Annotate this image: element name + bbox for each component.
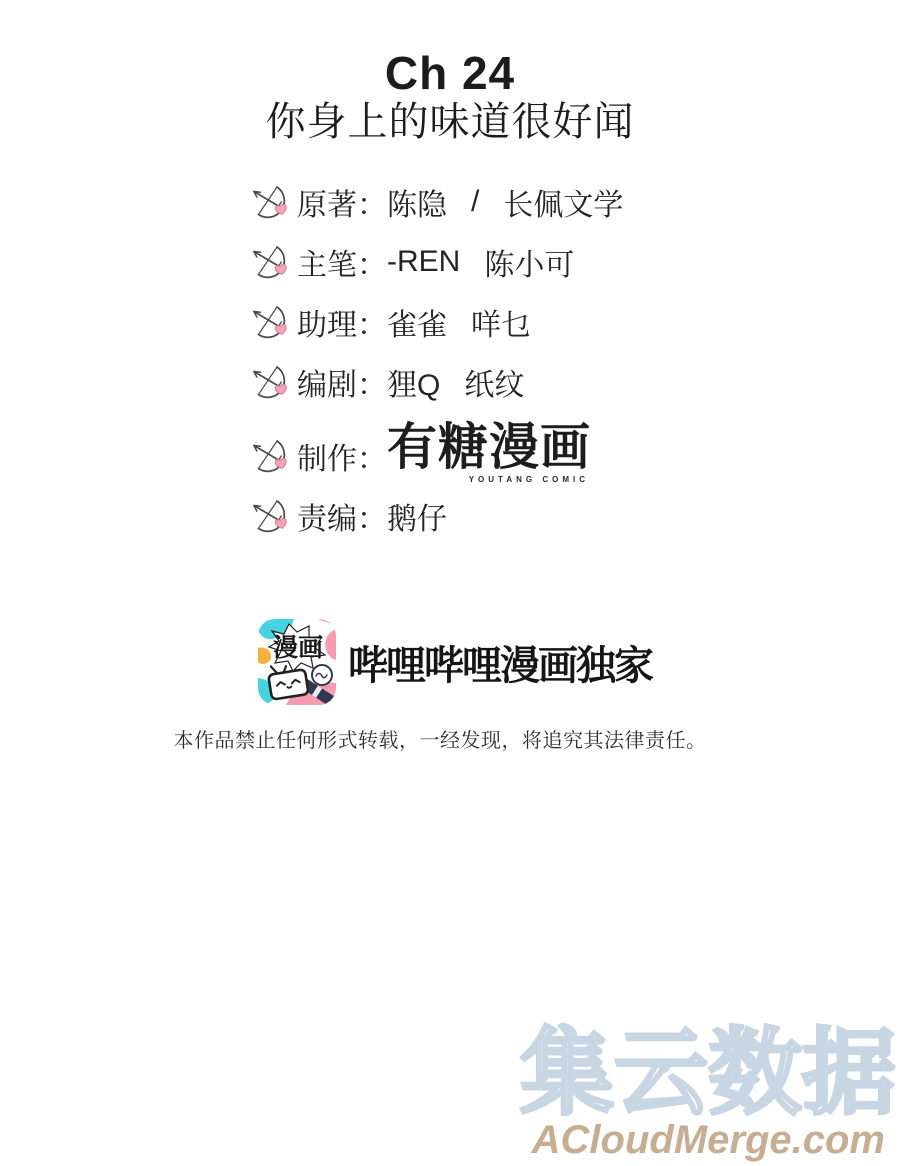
- comic-credits-page: Ch 24 你身上的味道很好闻 原著： 陈隐 / 长佩文学 主笔： -REN 陈…: [0, 0, 900, 1166]
- watermark-brand-url: ACloudMerge.com: [532, 1120, 885, 1160]
- watermark-brand-cn: 集云数据: [520, 1026, 896, 1120]
- youtang-logo-subtext: YOUTANG COMIC: [469, 475, 589, 484]
- publisher-block: 漫画 哔哩哔哩漫画独家: [258, 619, 652, 705]
- credit-separator: /: [471, 185, 479, 219]
- youtang-comic-logo: 有糖漫画 YOUTANG COMIC: [387, 422, 591, 484]
- bow-arrow-heart-icon: [250, 364, 290, 400]
- credit-label: 编剧：: [297, 360, 387, 404]
- app-badge-text: 漫画: [273, 634, 323, 662]
- chapter-number: Ch 24: [0, 48, 900, 100]
- credit-value: 陈隐: [387, 180, 447, 224]
- title-block: Ch 24 你身上的味道很好闻: [0, 48, 900, 143]
- credit-row-original-author: 原著： 陈隐 / 长佩文学: [250, 183, 623, 221]
- bilibili-manga-app-icon: 漫画: [258, 619, 336, 705]
- bow-arrow-heart-icon: [250, 438, 290, 474]
- credit-value: 纸纹: [464, 360, 524, 404]
- credit-value: 狸Q: [387, 360, 440, 404]
- credit-value: 咩乜: [471, 300, 531, 344]
- credit-value: 雀雀: [387, 300, 447, 344]
- credit-value: 陈小可: [484, 240, 574, 284]
- bow-arrow-heart-icon: [250, 498, 290, 534]
- credit-label: 主笔：: [297, 240, 387, 284]
- youtang-logo-text: 有糖漫画: [387, 422, 591, 472]
- credits-list: 原著： 陈隐 / 长佩文学 主笔： -REN 陈小可 助理： 雀雀 咩乜: [250, 183, 623, 557]
- credit-label: 制作：: [297, 434, 387, 478]
- bow-arrow-heart-icon: [250, 304, 290, 340]
- credit-row-editor: 责编： 鹅仔: [250, 497, 623, 535]
- bow-arrow-heart-icon: [250, 184, 290, 220]
- credit-label: 原著：: [297, 180, 387, 224]
- chapter-title: 你身上的味道很好闻: [0, 101, 900, 143]
- credit-value: 长佩文学: [503, 180, 623, 224]
- credit-row-lead-artist: 主笔： -REN 陈小可: [250, 243, 623, 281]
- credit-label: 责编：: [297, 494, 387, 538]
- copyright-notice: 本作品禁止任何形式转载，一经发现，将追究其法律责任。: [0, 724, 880, 753]
- credit-row-assistant: 助理： 雀雀 咩乜: [250, 303, 623, 341]
- credit-value: -REN: [387, 245, 460, 279]
- publisher-exclusive-text: 哔哩哔哩漫画独家: [348, 634, 652, 691]
- credit-value: 鹅仔: [387, 494, 447, 538]
- credit-row-production: 制作： 有糖漫画 YOUTANG COMIC: [250, 423, 623, 489]
- credit-row-screenwriter: 编剧： 狸Q 纸纹: [250, 363, 623, 401]
- bow-arrow-heart-icon: [250, 244, 290, 280]
- credit-label: 助理：: [297, 300, 387, 344]
